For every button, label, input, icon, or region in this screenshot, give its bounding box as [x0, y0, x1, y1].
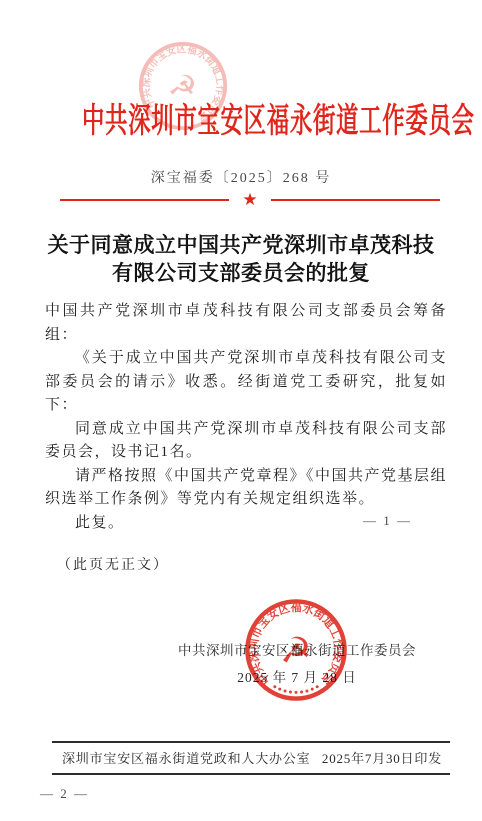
red-divider: ★ — [60, 191, 440, 209]
paragraph: 《关于成立中国共产党深圳市卓茂科技有限公司支部委员会的请示》收悉。经街道党工委研… — [45, 347, 447, 418]
red-rule-segment — [60, 199, 229, 201]
document-body: 中国共产党深圳市卓茂科技有限公司支部委员会筹备组： 《关于成立中国共产党深圳市卓… — [45, 300, 447, 535]
colophon-rule-bottom — [52, 773, 450, 775]
hammer-sickle-icon: ☭ — [280, 630, 312, 671]
star-icon: ★ — [242, 192, 257, 209]
page-number-1: — 1 — — [363, 513, 412, 529]
letterhead-title: 中共深圳市宝安区福永街道工作委员会 — [82, 93, 400, 142]
colophon-issuer: 深圳市宝安区福永街道党政和人大办公室 — [62, 748, 310, 767]
page-number-2: — 2 — — [40, 786, 89, 802]
document-page: 中共深圳市宝安区福永街道工作委员会 ☭ 中共深圳市宝安区福永街道工作委员会 深宝… — [0, 0, 482, 821]
document-title: 关于同意成立中国共产党深圳市卓茂科技 有限公司支部委员会的批复 — [0, 231, 482, 287]
colophon: 深圳市宝安区福永街道党政和人大办公室 2025年7月30日印发 — [52, 744, 450, 770]
paragraph: 请严格按照《中国共产党章程》《中国共产党基层组织选举工作条例》等党内有关规定组织… — [45, 465, 447, 512]
party-seal-icon: 中共深圳市宝安区福永街道工作委员会 ☭ — [243, 597, 349, 703]
document-title-line2: 有限公司支部委员会的批复 — [0, 259, 482, 287]
seal-code-dots — [273, 685, 318, 694]
salutation: 中国共产党深圳市卓茂科技有限公司支部委员会筹备组： — [45, 300, 447, 347]
red-rule-segment — [271, 199, 440, 201]
document-number: 深宝福委〔2025〕268 号 — [0, 167, 482, 187]
colophon-rule-top — [52, 741, 450, 743]
document-title-line1: 关于同意成立中国共产党深圳市卓茂科技 — [0, 231, 482, 259]
colophon-print-date: 2025年7月30日印发 — [322, 748, 442, 767]
no-text-note: （此页无正文） — [57, 554, 169, 574]
paragraph: 同意成立中国共产党深圳市卓茂科技有限公司支部委员会，设书记1名。 — [45, 418, 447, 465]
